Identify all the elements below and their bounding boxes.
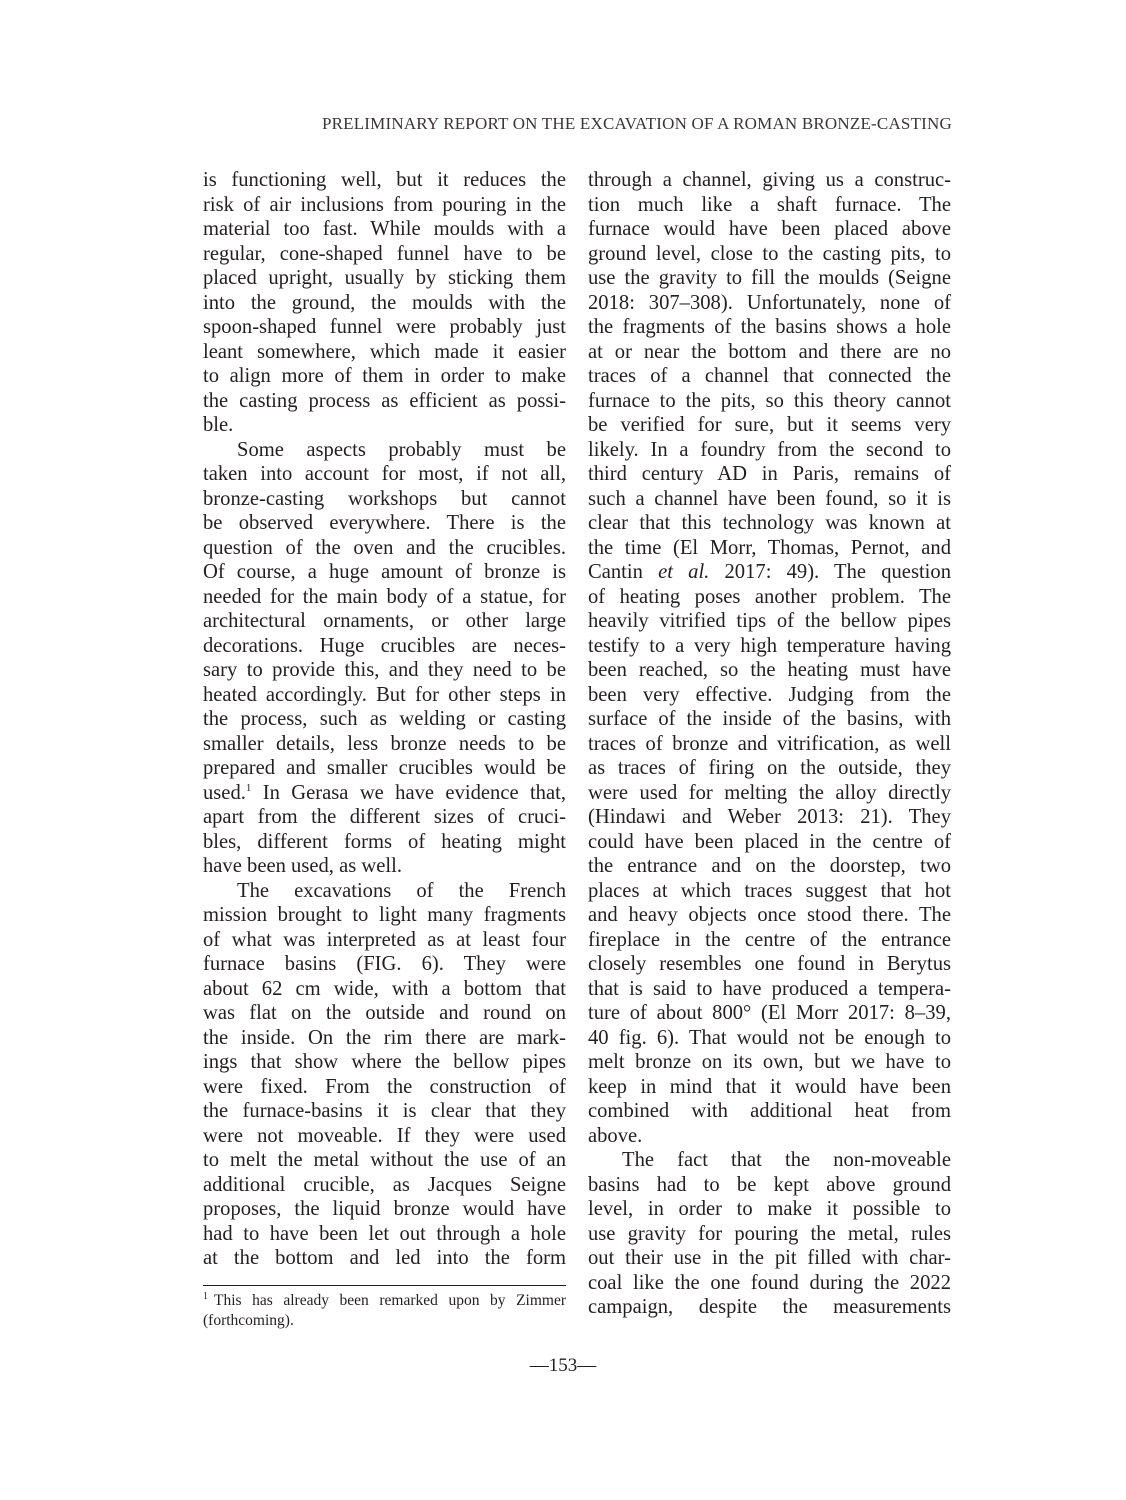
text-line: to melt the metal without the use of an (203, 1148, 566, 1173)
text-line: architectural ornaments, or other large (203, 609, 566, 634)
text-line: and heavy objects once stood there. The (588, 903, 951, 928)
paragraph-start: The excavations of the French (203, 879, 566, 904)
text-line: level, in order to make it possible to (588, 1197, 951, 1222)
text-line: is functioning well, but it reduces the (203, 168, 566, 193)
text-line: apart from the different sizes of cruci- (203, 805, 566, 830)
text-line: heavily vitrified tips of the bellow pip… (588, 609, 951, 634)
text-line: the casting process as efficient as poss… (203, 389, 566, 414)
text-line: ble. (203, 413, 566, 438)
footnote-number: 1 (203, 1291, 208, 1302)
text-line: had to have been let out through a hole (203, 1222, 566, 1247)
text-line: coal like the one found during the 2022 (588, 1271, 951, 1296)
text-line: surface of the inside of the basins, wit… (588, 707, 951, 732)
text-line: the time (El Morr, Thomas, Pernot, and (588, 536, 951, 561)
text-line: 2018: 307–308). Unfortunately, none of (588, 291, 951, 316)
text-line: be observed everywhere. There is the (203, 511, 566, 536)
text-line: fireplace in the centre of the entrance (588, 928, 951, 953)
text-line: testify to a very high temperature havin… (588, 634, 951, 659)
text-line: melt bronze on its own, but we have to (588, 1050, 951, 1075)
text-line: taken into account for most, if not all, (203, 462, 566, 487)
text-line: traces of a channel that connected the (588, 364, 951, 389)
text-line: tion much like a shaft furnace. The (588, 193, 951, 218)
text-line: used.1 In Gerasa we have evidence that, (203, 781, 566, 806)
text-line: as traces of firing on the outside, they (588, 756, 951, 781)
text-line: been reached, so the heating must have (588, 658, 951, 683)
left-column: is functioning well, but it reduces the … (203, 168, 566, 1271)
text-line: Of course, a huge amount of bronze is (203, 560, 566, 585)
footnote-line: 1This has already been remarked upon by … (203, 1291, 566, 1311)
footnote-line: (forthcoming). (203, 1311, 566, 1331)
text-line: of heating poses another problem. The (588, 585, 951, 610)
text-line: bronze-casting workshops but cannot (203, 487, 566, 512)
text-line: additional crucible, as Jacques Seigne (203, 1173, 566, 1198)
text-line: of what was interpreted as at least four (203, 928, 566, 953)
text-line: ings that show where the bellow pipes (203, 1050, 566, 1075)
text-line: traces of bronze and vitrification, as w… (588, 732, 951, 757)
text-line: furnace would have been placed above (588, 217, 951, 242)
text-line: were fixed. From the construction of (203, 1075, 566, 1100)
text-line: needed for the main body of a statue, fo… (203, 585, 566, 610)
text-line: Cantin et al. 2017: 49). The question (588, 560, 951, 585)
text-line: use the gravity to fill the moulds (Seig… (588, 266, 951, 291)
text-line: basins had to be kept above ground (588, 1173, 951, 1198)
text-line: to align more of them in order to make (203, 364, 566, 389)
paragraph-start: Some aspects probably must be (203, 438, 566, 463)
text-line: mission brought to light many fragments (203, 903, 566, 928)
text-line: 40 fig. 6). That would not be enough to (588, 1026, 951, 1051)
text-line: third century AD in Paris, remains of (588, 462, 951, 487)
text-line: into the ground, the moulds with the (203, 291, 566, 316)
text-line: could have been placed in the centre of (588, 830, 951, 855)
text-line: such a channel have been found, so it is (588, 487, 951, 512)
text-line: be verified for sure, but it seems very (588, 413, 951, 438)
text-line: spoon-shaped funnel were probably just (203, 315, 566, 340)
text-line: the inside. On the rim there are mark- (203, 1026, 566, 1051)
text-line: the furnace-basins it is clear that they (203, 1099, 566, 1124)
text-line: been very effective. Judging from the (588, 683, 951, 708)
text-line: about 62 cm wide, with a bottom that (203, 977, 566, 1002)
text-line: proposes, the liquid bronze would have (203, 1197, 566, 1222)
text-line: placed upright, usually by sticking them (203, 266, 566, 291)
text-line: prepared and smaller crucibles would be (203, 756, 566, 781)
text-fragment: In Gerasa we have evidence that, (251, 782, 566, 804)
running-head: PRELIMINARY REPORT ON THE EXCAVATION OF … (200, 114, 952, 134)
text-line: furnace basins (FIG. 6). They were (203, 952, 566, 977)
text-fragment: Cantin (588, 561, 658, 583)
text-line: that is said to have produced a tempera- (588, 977, 951, 1002)
text-line: above. (588, 1124, 951, 1149)
text-line: use gravity for pouring the metal, rules (588, 1222, 951, 1247)
text-line: were not moveable. If they were used (203, 1124, 566, 1149)
text-line: were used for melting the alloy directly (588, 781, 951, 806)
text-line: out their use in the pit filled with cha… (588, 1246, 951, 1271)
text-line: material too fast. While moulds with a (203, 217, 566, 242)
text-line: the fragments of the basins shows a hole (588, 315, 951, 340)
text-line: the process, such as welding or casting (203, 707, 566, 732)
text-line: ground level, close to the casting pits,… (588, 242, 951, 267)
text-line: heated accordingly. But for other steps … (203, 683, 566, 708)
text-fragment: used. (203, 782, 246, 804)
text-fragment: 2017: 49). The question (709, 561, 951, 583)
text-line: combined with additional heat from (588, 1099, 951, 1124)
footnote-text: This has already been remarked upon by Z… (214, 1292, 566, 1309)
text-line: closely resembles one found in Berytus (588, 952, 951, 977)
footnote: 1This has already been remarked upon by … (203, 1291, 566, 1331)
text-line: was flat on the outside and round on (203, 1001, 566, 1026)
footnote-divider (203, 1285, 566, 1286)
text-line: have been used, as well. (203, 854, 566, 879)
right-column: through a channel, giving us a construc-… (588, 168, 951, 1320)
text-line: likely. In a foundry from the second to (588, 438, 951, 463)
text-line: furnace to the pits, so this theory cann… (588, 389, 951, 414)
text-line: sary to provide this, and they need to b… (203, 658, 566, 683)
text-line: keep in mind that it would have been (588, 1075, 951, 1100)
text-line: smaller details, less bronze needs to be (203, 732, 566, 757)
page-number: —153— (0, 1355, 1126, 1377)
text-line: through a channel, giving us a construc- (588, 168, 951, 193)
text-line: leant somewhere, which made it easier (203, 340, 566, 365)
text-line: places at which traces suggest that hot (588, 879, 951, 904)
text-line: ture of about 800° (El Morr 2017: 8–39, (588, 1001, 951, 1026)
text-line: the entrance and on the doorstep, two (588, 854, 951, 879)
text-line: at or near the bottom and there are no (588, 340, 951, 365)
text-line: campaign, despite the measurements (588, 1295, 951, 1320)
text-line: clear that this technology was known at (588, 511, 951, 536)
paragraph-start: The fact that the non-moveable (588, 1148, 951, 1173)
text-line: at the bottom and led into the form (203, 1246, 566, 1271)
italic-citation: et al. (658, 561, 709, 583)
text-line: question of the oven and the crucibles. (203, 536, 566, 561)
text-line: risk of air inclusions from pouring in t… (203, 193, 566, 218)
text-line: decorations. Huge crucibles are neces- (203, 634, 566, 659)
text-line: regular, cone-shaped funnel have to be (203, 242, 566, 267)
text-line: (Hindawi and Weber 2013: 21). They (588, 805, 951, 830)
text-line: bles, different forms of heating might (203, 830, 566, 855)
